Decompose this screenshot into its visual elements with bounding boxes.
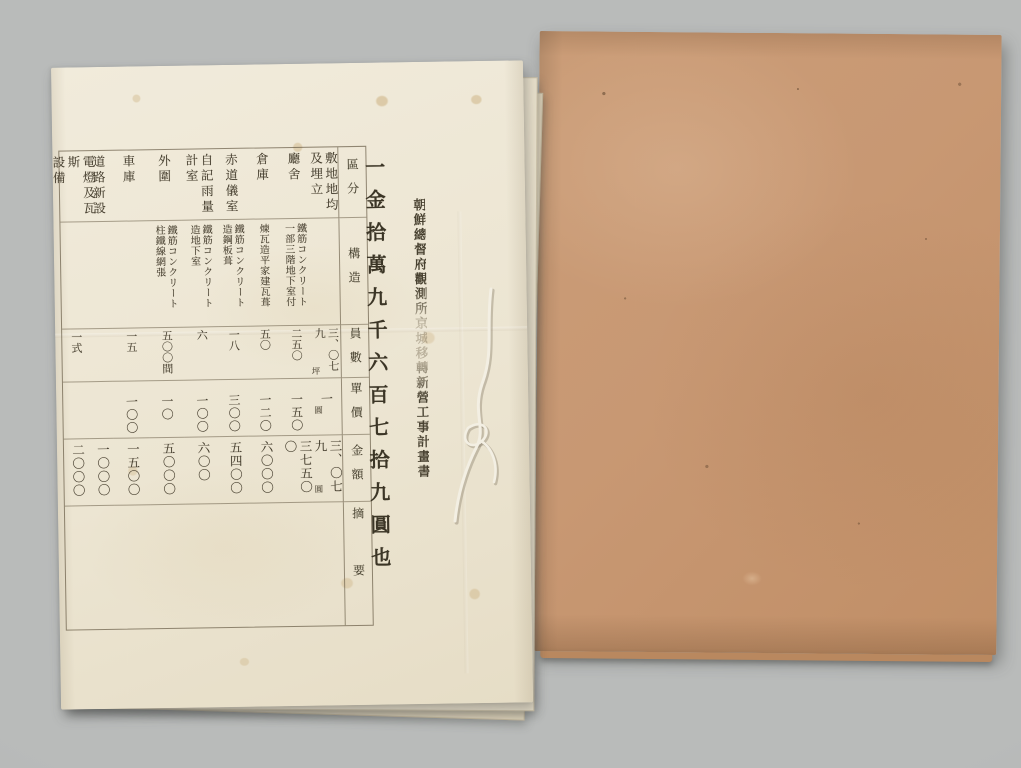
cell-remarks [250, 503, 285, 627]
cell-structure [86, 222, 112, 329]
unit-label: 圓 [314, 484, 324, 494]
cell-quantity: 五〇 [247, 326, 281, 380]
folder-cover [534, 31, 1001, 655]
cell-amount: 三、〇七九圓 [312, 435, 343, 502]
cell-quantity: 三、〇七九坪 [310, 325, 341, 378]
cell-unit-price: 一〇〇 [113, 381, 150, 439]
cell-remarks [91, 506, 117, 629]
cell-remarks [283, 503, 315, 626]
cell-remarks [115, 505, 153, 629]
cell-amount: 二〇〇〇 [64, 439, 91, 506]
cell-unit-price: 一五〇 [281, 379, 312, 436]
unit-label: 坪 [311, 366, 321, 375]
cell-unit-price: 一〇 [149, 381, 185, 439]
cell-quantity: 一八 [218, 327, 248, 380]
cell-structure: 鐵筋コンクリート 造地下室 [181, 220, 218, 328]
unit-label: 圓 [313, 406, 323, 416]
cell-unit-price [89, 382, 114, 439]
cell-category: 車庫 [109, 150, 146, 222]
cell-remarks [151, 505, 188, 629]
cell-category: 赤道儀室 [215, 149, 245, 220]
cell-structure [110, 221, 148, 329]
cell-unit-price: 一圓 [311, 378, 342, 435]
cell-amount: 一〇〇〇 [90, 439, 115, 506]
cell-category: 廳舍 [277, 148, 308, 219]
cell-category: 道路新設 [85, 151, 110, 222]
cell-category: 電燈及瓦斯 設備 [59, 151, 86, 222]
vertical-crease [457, 211, 468, 673]
document-title: 朝鮮總督府觀測所京城移轉新營工事計畫書 [411, 198, 430, 479]
cell-remarks [221, 504, 252, 627]
total-amount-line: 一金拾萬九千六百七拾九圓也 [362, 157, 389, 580]
cell-structure [308, 218, 340, 325]
cell-remarks [65, 506, 93, 629]
cell-unit-price: 三〇〇 [219, 380, 249, 437]
cell-structure: 鐵筋コンクリート 一部三階地下室付 [278, 219, 310, 326]
cell-unit-price [63, 382, 90, 439]
cell-structure: 鐵筋コンクリート 柱鐵線網張 [146, 221, 183, 329]
cell-quantity: 一五 [112, 328, 149, 382]
document-page: 電燈及瓦斯 設備一式二〇〇〇道路新設一〇〇〇車庫一五一〇〇一五〇〇外圍鐵筋コンク… [51, 60, 533, 709]
cell-structure: 煉瓦造平家建瓦葺 [245, 219, 280, 327]
cell-structure: 鐵筋コンクリート 造鋼板葺 [216, 220, 247, 327]
cell-remarks [186, 504, 223, 628]
cell-amount: 一五〇〇 [114, 438, 151, 506]
cell-category: 敷地地均 及埋立 [307, 147, 338, 218]
cell-unit-price: 一二〇 [248, 379, 282, 437]
cell-amount: 三七五〇〇 [282, 436, 313, 503]
cell-structure [60, 222, 88, 329]
cell-amount: 五〇〇〇 [150, 438, 186, 506]
cost-table: 電燈及瓦斯 設備一式二〇〇〇道路新設一〇〇〇車庫一五一〇〇一五〇〇外圍鐵筋コンク… [58, 146, 374, 631]
cell-category: 自記雨量 計室 [180, 149, 216, 221]
photo-stage: 電燈及瓦斯 設備一式二〇〇〇道路新設一〇〇〇車庫一五一〇〇一五〇〇外圍鐵筋コンク… [0, 0, 1021, 768]
cell-category: 外圍 [145, 150, 181, 222]
cell-unit-price: 一〇〇 [184, 380, 220, 438]
cell-amount: 五四〇〇 [220, 437, 250, 504]
cell-quantity: 六 [183, 327, 219, 381]
cell-amount: 六〇〇〇 [249, 436, 283, 504]
cell-amount: 六〇〇 [185, 437, 221, 505]
cell-quantity: 二五〇 [280, 326, 311, 379]
cell-quantity: 一式 [62, 329, 89, 382]
cell-quantity: 五〇〇間 [148, 328, 184, 382]
cell-category: 倉庫 [244, 148, 278, 220]
cell-remarks [313, 502, 345, 625]
cell-quantity [88, 329, 113, 382]
